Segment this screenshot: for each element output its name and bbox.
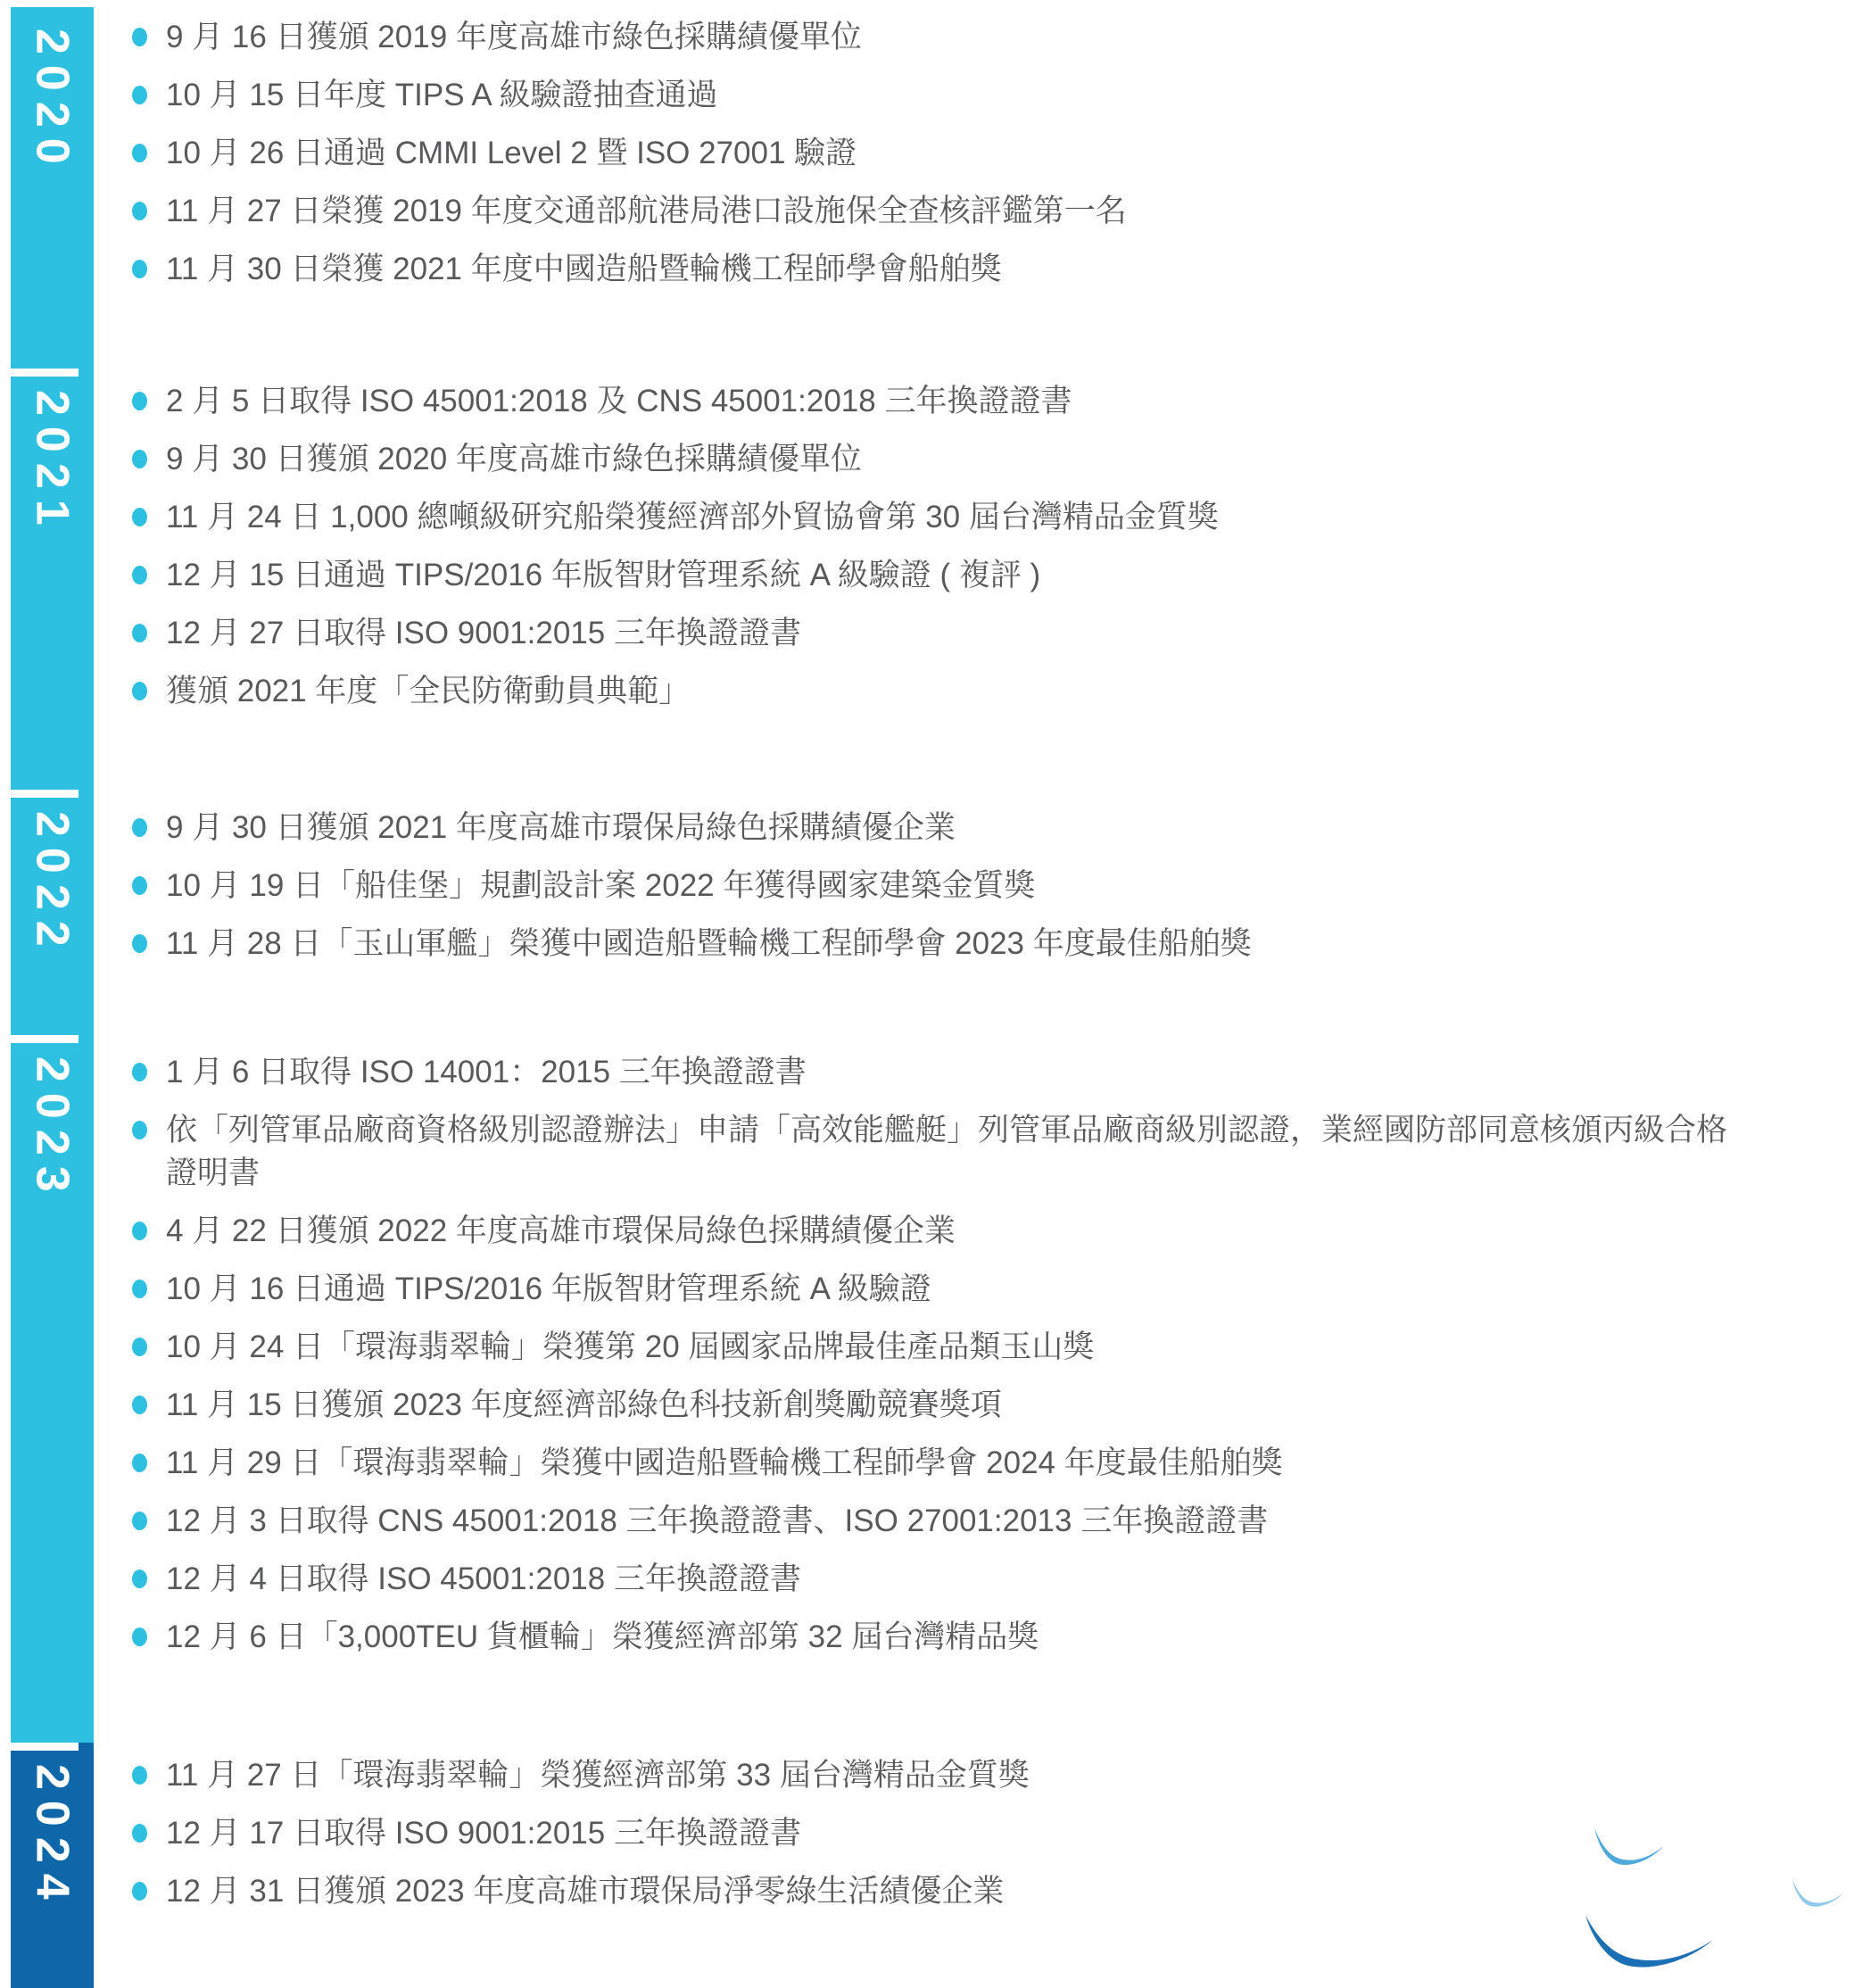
item-text: 11 月 24 日 1,000 總噸級研究船榮獲經濟部外貿協會第 30 屆台灣精… [166,500,1219,534]
timeline-item: 10 月 15 日年度 TIPS A 級驗證抽查通過 [132,74,1736,117]
bullet-dot-icon [132,682,147,700]
bullet-dot-icon [132,450,147,468]
timeline-item: 10 月 24 日「環海翡翠輪」榮獲第 20 屆國家品牌最佳產品類玉山獎 [132,1326,1736,1369]
item-text: 10 月 26 日通過 CMMI Level 2 暨 ISO 27001 驗證 [166,136,857,170]
timeline-item: 2 月 5 日取得 ISO 45001:2018 及 CNS 45001:201… [132,380,1736,423]
item-text: 10 月 19 日「船佳堡」規劃設計案 2022 年獲得國家建築金質獎 [166,868,1035,903]
item-text: 10 月 16 日通過 TIPS/2016 年版智財管理系統 A 級驗證 [166,1271,931,1306]
item-text: 11 月 28 日「玉山軍艦」榮獲中國造船暨輪機工程師學會 2023 年度最佳船… [166,926,1252,961]
bullet-dot-icon [132,1063,147,1081]
timeline-item: 12 月 17 日取得 ISO 9001:2015 三年換證證書 [132,1812,1736,1855]
bullet-dot-icon [132,1121,147,1139]
bullet-dot-icon [132,260,147,278]
bullet-dot-icon [132,1824,147,1843]
bullet-dot-icon [132,144,147,162]
timeline-items-2021: 2 月 5 日取得 ISO 45001:2018 及 CNS 45001:201… [132,380,1736,728]
timeline-items-2024: 11 月 27 日「環海翡翠輪」榮獲經濟部第 33 屆台灣精品金質獎12 月 1… [132,1754,1736,1928]
bullet-dot-icon [132,86,147,104]
timeline-item: 10 月 26 日通過 CMMI Level 2 暨 ISO 27001 驗證 [132,132,1736,175]
item-text: 12 月 27 日取得 ISO 9001:2015 三年換證證書 [166,616,801,650]
bullet-dot-icon [132,1628,147,1646]
bullet-dot-icon [132,1882,147,1901]
timeline-item: 11 月 24 日 1,000 總噸級研究船榮獲經濟部外貿協會第 30 屆台灣精… [132,496,1736,539]
timeline-item: 依「列管軍品廠商資格級別認證辦法」申請「高效能艦艇」列管軍品廠商級別認證，業經國… [132,1109,1736,1195]
timeline-item: 11 月 27 日「環海翡翠輪」榮獲經濟部第 33 屆台灣精品金質獎 [132,1754,1736,1797]
timeline-item: 1 月 6 日取得 ISO 14001：2015 三年換證證書 [132,1051,1736,1094]
bullet-dot-icon [132,1222,147,1240]
item-text: 11 月 27 日「環海翡翠輪」榮獲經濟部第 33 屆台灣精品金質獎 [166,1758,1030,1793]
item-text: 10 月 15 日年度 TIPS A 級驗證抽查通過 [166,78,717,112]
item-text: 12 月 3 日取得 CNS 45001:2018 三年換證證書、ISO 270… [166,1503,1268,1538]
bullet-dot-icon [132,508,147,526]
timeline-items-2023: 1 月 6 日取得 ISO 14001：2015 三年換證證書依「列管軍品廠商資… [132,1051,1736,1674]
timeline-item: 10 月 19 日「船佳堡」規劃設計案 2022 年獲得國家建築金質獎 [132,865,1736,907]
timeline-item: 12 月 6 日「3,000TEU 貨櫃輪」榮獲經濟部第 32 屆台灣精品獎 [132,1616,1736,1659]
item-text: 9 月 16 日獲頒 2019 年度高雄市綠色採購績優單位 [166,20,862,54]
item-text: 12 月 4 日取得 ISO 45001:2018 三年換證證書 [166,1561,801,1596]
timeline-item: 12 月 31 日獲頒 2023 年度高雄市環保局淨零綠生活績優企業 [132,1870,1736,1913]
bullet-dot-icon [132,1396,147,1414]
item-text: 11 月 15 日獲頒 2023 年度經濟部綠色科技新創獎勵競賽獎項 [166,1387,1002,1422]
timeline-item: 11 月 29 日「環海翡翠輪」榮獲中國造船暨輪機工程師學會 2024 年度最佳… [132,1442,1736,1485]
item-text: 依「列管軍品廠商資格級別認證辦法」申請「高效能艦艇」列管軍品廠商級別認證，業經國… [166,1113,1727,1190]
timeline-item: 11 月 30 日榮獲 2021 年度中國造船暨輪機工程師學會船舶獎 [132,248,1736,291]
item-text: 12 月 31 日獲頒 2023 年度高雄市環保局淨零綠生活績優企業 [166,1874,1004,1909]
bullet-dot-icon [132,1338,147,1356]
bullet-dot-icon [132,392,147,410]
bullet-dot-icon [132,818,147,837]
timeline-items-2022: 9 月 30 日獲頒 2021 年度高雄市環保局綠色採購績優企業10 月 19 … [132,807,1736,981]
timeline-item: 12 月 27 日取得 ISO 9001:2015 三年換證證書 [132,612,1736,655]
bullet-dot-icon [132,934,147,953]
item-text: 1 月 6 日取得 ISO 14001：2015 三年換證證書 [166,1055,807,1089]
timeline-item: 4 月 22 日獲頒 2022 年度高雄市環保局綠色採購績優企業 [132,1210,1736,1253]
item-text: 12 月 15 日通過 TIPS/2016 年版智財管理系統 A 級驗證 ( 複… [166,558,1040,592]
seagull-icon-large [1584,1914,1715,1971]
timeline-item: 11 月 15 日獲頒 2023 年度經濟部綠色科技新創獎勵競賽獎項 [132,1384,1736,1427]
bullet-dot-icon [132,1570,147,1588]
bullet-dot-icon [132,28,147,46]
timeline-item: 9 月 30 日獲頒 2020 年度高雄市綠色採購績優單位 [132,438,1736,481]
bullet-dot-icon [132,876,147,895]
bullet-dot-icon [132,1512,147,1530]
item-text: 10 月 24 日「環海翡翠輪」榮獲第 20 屆國家品牌最佳產品類玉山獎 [166,1329,1094,1364]
item-text: 12 月 6 日「3,000TEU 貨櫃輪」榮獲經濟部第 32 屆台灣精品獎 [166,1619,1039,1654]
bullet-dot-icon [132,624,147,642]
item-text: 12 月 17 日取得 ISO 9001:2015 三年換證證書 [166,1816,801,1851]
item-text: 11 月 30 日榮獲 2021 年度中國造船暨輪機工程師學會船舶獎 [166,252,1002,286]
timeline-item: 9 月 30 日獲頒 2021 年度高雄市環保局綠色採購績優企業 [132,807,1736,849]
bullet-dot-icon [132,202,147,220]
timeline-item: 12 月 3 日取得 CNS 45001:2018 三年換證證書、ISO 270… [132,1500,1736,1543]
item-text: 11 月 29 日「環海翡翠輪」榮獲中國造船暨輪機工程師學會 2024 年度最佳… [166,1445,1283,1480]
seagull-icon-small [1792,1878,1845,1909]
awards-timeline-page: 20202021202220232024 9 月 16 日獲頒 2019 年度高… [0,0,1862,1988]
item-text: 獲頒 2021 年度「全民防衛動員典範」 [166,674,690,708]
item-text: 4 月 22 日獲頒 2022 年度高雄市環保局綠色採購績優企業 [166,1214,956,1248]
timeline-items-2020: 9 月 16 日獲頒 2019 年度高雄市綠色採購績優單位10 月 15 日年度… [132,16,1736,306]
bullet-dot-icon [132,1280,147,1298]
timeline-content: 9 月 16 日獲頒 2019 年度高雄市綠色採購績優單位10 月 15 日年度… [0,0,1862,1988]
bullet-dot-icon [132,1766,147,1785]
timeline-item: 9 月 16 日獲頒 2019 年度高雄市綠色採購績優單位 [132,16,1736,59]
item-text: 11 月 27 日榮獲 2019 年度交通部航港局港口設施保全查核評鑑第一名 [166,194,1127,228]
timeline-item: 12 月 15 日通過 TIPS/2016 年版智財管理系統 A 級驗證 ( 複… [132,554,1736,597]
timeline-item: 獲頒 2021 年度「全民防衛動員典範」 [132,670,1736,713]
seagull-icon-medium [1593,1827,1665,1868]
item-text: 2 月 5 日取得 ISO 45001:2018 及 CNS 45001:201… [166,384,1072,418]
timeline-item: 12 月 4 日取得 ISO 45001:2018 三年換證證書 [132,1558,1736,1601]
bullet-dot-icon [132,566,147,584]
bullet-dot-icon [132,1454,147,1472]
timeline-item: 11 月 28 日「玉山軍艦」榮獲中國造船暨輪機工程師學會 2023 年度最佳船… [132,923,1736,965]
item-text: 9 月 30 日獲頒 2020 年度高雄市綠色採購績優單位 [166,442,862,476]
timeline-item: 10 月 16 日通過 TIPS/2016 年版智財管理系統 A 級驗證 [132,1268,1736,1311]
timeline-item: 11 月 27 日榮獲 2019 年度交通部航港局港口設施保全查核評鑑第一名 [132,190,1736,233]
item-text: 9 月 30 日獲頒 2021 年度高雄市環保局綠色採購績優企業 [166,810,956,845]
